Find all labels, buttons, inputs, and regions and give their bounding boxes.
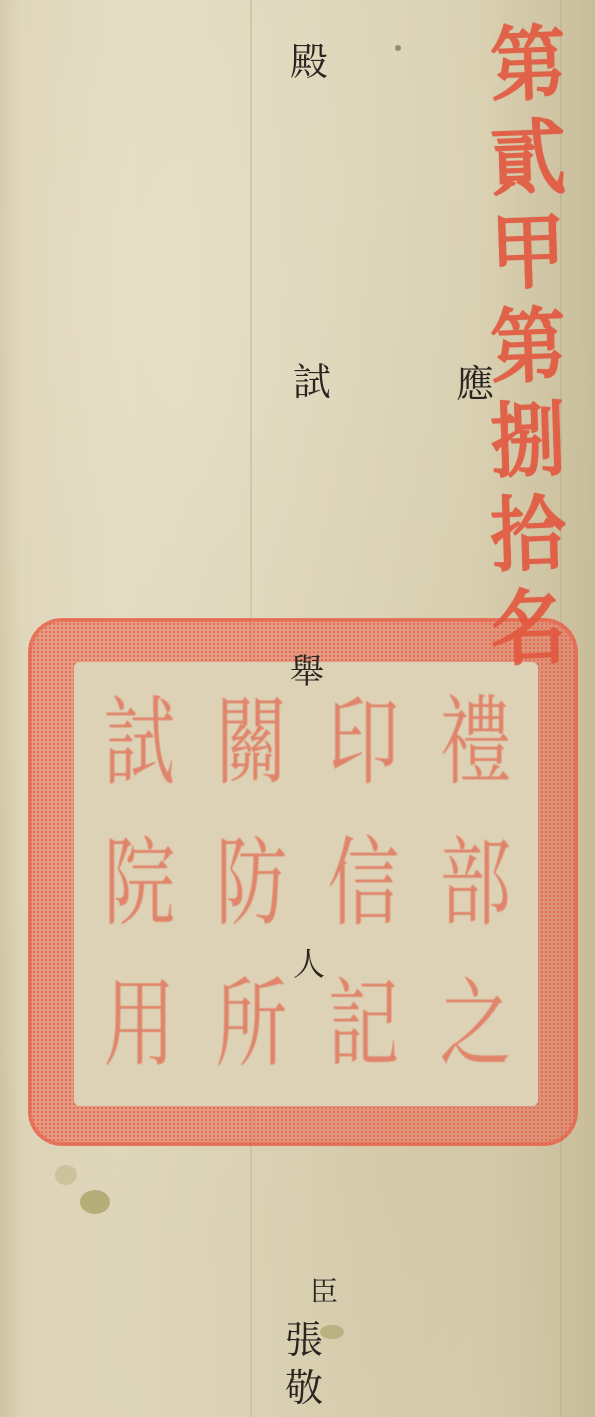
seal-char: 防 (216, 826, 285, 942)
text-dian: 殿 (290, 42, 328, 82)
text-name-given: 敬 (285, 1368, 323, 1408)
text-ying: 應 (456, 364, 494, 404)
document-paper: 試 院 用 關 防 所 印 信 記 禮 部 之 第 貳 甲 第 (0, 0, 595, 1417)
rank-char: 第 (489, 17, 567, 114)
seal-char: 之 (440, 968, 509, 1084)
seal-char: 試 (104, 685, 173, 801)
seal-char: 印 (328, 685, 397, 801)
rank-char: 拾 (489, 487, 567, 584)
paper-stain (55, 1165, 77, 1185)
seal-char: 信 (328, 826, 397, 942)
seal-field: 試 院 用 關 防 所 印 信 記 禮 部 之 (74, 662, 538, 1106)
red-seal-impression: 試 院 用 關 防 所 印 信 記 禮 部 之 (28, 618, 578, 1146)
rank-char: 甲 (489, 205, 567, 302)
rank-char: 名 (489, 581, 567, 678)
text-ren: 人 (293, 944, 325, 984)
seal-column-1: 試 院 用 (86, 672, 190, 1096)
seal-char: 記 (328, 968, 397, 1084)
seal-char: 關 (216, 685, 285, 801)
text-chen: 臣 (310, 1272, 338, 1312)
paper-speck (395, 45, 401, 51)
seal-column-2: 關 防 所 (198, 672, 302, 1096)
rank-char: 捌 (489, 393, 567, 490)
paper-stain (80, 1190, 110, 1214)
seal-column-3: 印 信 記 (310, 672, 414, 1096)
rank-char: 貳 (489, 111, 567, 208)
seal-char: 部 (440, 826, 509, 942)
seal-column-4: 禮 部 之 (422, 672, 526, 1096)
seal-char: 院 (104, 826, 173, 942)
paper-stain (320, 1325, 344, 1339)
text-shi: 試 (293, 362, 331, 402)
seal-char: 用 (104, 968, 173, 1084)
rank-inscription: 第 貳 甲 第 捌 拾 名 (478, 18, 578, 676)
seal-char: 禮 (440, 685, 509, 801)
seal-char: 所 (216, 968, 285, 1084)
rank-char: 第 (489, 299, 567, 396)
text-name-surname: 張 (285, 1320, 323, 1360)
text-ju: 舉 (290, 652, 324, 692)
